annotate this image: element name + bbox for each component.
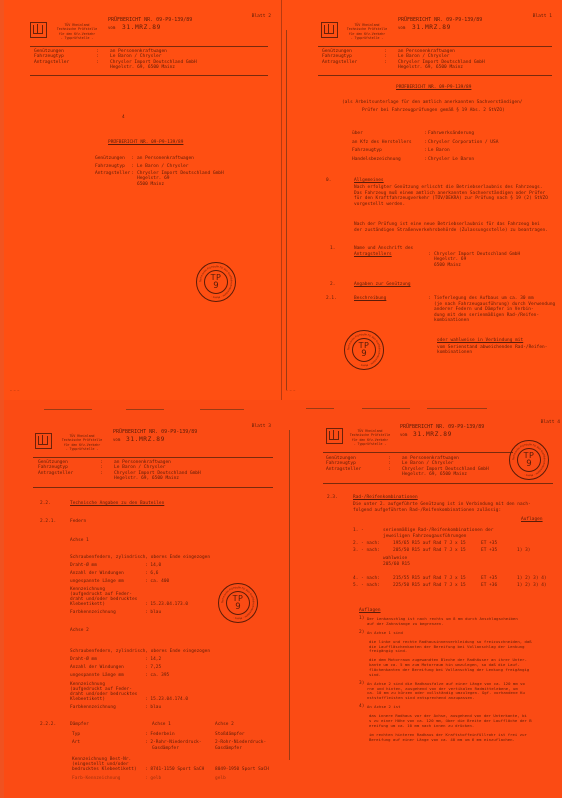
entry-text: 195/65 R15 auf Rad 7 J x 15 [393, 541, 466, 547]
section-title: Rad-/Reifenkombinationen [353, 495, 418, 501]
spec-value: : ca. 400 [145, 579, 169, 585]
date-prefix: vom [113, 437, 120, 443]
axle-label: Achse 1 [70, 538, 89, 544]
spec-value: gelb [215, 776, 226, 782]
condition-line: An Achse 2 ist [367, 704, 401, 710]
org-name: TÜV Rheinland Technische Prüfstelle für … [348, 429, 392, 446]
entry-number: 3. - nach: [353, 548, 380, 554]
entry-offset: ET +35 [481, 548, 497, 554]
alternative-line: kombinationen [437, 350, 472, 356]
condition-line: An Achse 1 sind [367, 630, 403, 636]
section-title: Dämpfer [70, 722, 89, 728]
column-header: Achse 2 [215, 722, 234, 728]
report-title: PRÜFBERICHT NR. 09-P9-139/89 [108, 140, 183, 146]
divider [30, 75, 268, 76]
divider [323, 483, 553, 484]
footer-mark: — — — [10, 388, 19, 394]
spring-description: Schraubenfedern, zylindrisch, oberes End… [70, 649, 210, 655]
condition-number: 4) [359, 704, 364, 710]
report-number: PRÜFBERICHT NR. 09-P9-139/89 [108, 17, 192, 23]
entry-number: 2. - nach: [353, 541, 380, 547]
entry-number: 4. - nach: [353, 576, 380, 582]
spec-key: ungespannte Länge mm [70, 673, 124, 679]
report-meta: Genützungen:an Personenkraftwagen Fahrze… [38, 460, 201, 482]
section-title: Technische Angaben zu den Bauteilen [70, 501, 164, 507]
divider [323, 452, 513, 453]
entry-text: 215/55 R15 auf Rad 7 J x 15 [393, 576, 466, 582]
entry-number: 1. - [353, 528, 364, 534]
spec-value: : 6,6 [145, 571, 158, 577]
applicant-city: 6500 Mainz [434, 263, 461, 269]
date-prefix: vom [398, 25, 405, 31]
spec-key: Farbkennzeichnung [70, 705, 116, 711]
spec-key: Typ [72, 732, 80, 738]
spec-value: : 15.23.04.174.0 [145, 697, 188, 703]
spec-value: : ca. 395 [145, 673, 169, 679]
entry-offset: ET +35 [481, 541, 497, 547]
tuv-logo-icon [30, 22, 47, 38]
entry-text: jeweiligen Fahrzeugausführungen [383, 534, 467, 540]
spec-value: Stoßdämpfer [215, 732, 245, 738]
description-line: kombinationen [434, 318, 469, 324]
document-sheet-blatt-4: Blatt 4 TÜV Rheinland Technische Prüfste… [281, 400, 562, 798]
divider [33, 487, 273, 488]
spec-key: bedrucktes Klebeetikett) [72, 767, 137, 773]
tuv-logo-icon [321, 22, 338, 38]
section-number: 0. [326, 178, 331, 184]
spec-value: : blau [145, 610, 161, 616]
approval-stamp: Technische Prüfstelle für den Kraftfahrz… [218, 583, 258, 623]
condition-number: 2) [359, 630, 364, 636]
report-number: PRÜFBERICHT NR. 09-P9-139/89 [113, 429, 197, 435]
vehicle-info: über:Fahrwerksänderung an Kfz des Herste… [352, 130, 498, 164]
section-number: 1. [330, 246, 335, 252]
entry-text: 225/50 R15 auf Rad 7 J x 15 [393, 583, 466, 589]
entry-conditions: 1) 2) 3) 4) [517, 583, 547, 589]
entry-number: 5. - nach: [353, 583, 380, 589]
margin-line [286, 30, 287, 390]
spec-value: : 14,2 [145, 657, 161, 663]
condition-line: Bereifung auf einer Länge von ca. 40 mm … [369, 737, 515, 743]
condition-line: sind. [369, 672, 381, 678]
spec-value: : 7,25 [145, 665, 161, 671]
report-number: PRÜFBERICHT NR. 09-P9-139/89 [398, 17, 482, 23]
paragraph-line: folgend aufgeführten Rad-/Reifenkombinat… [353, 508, 501, 514]
spec-value: 8049-1950 Sport SaCH [215, 767, 269, 773]
report-date: 31.MRZ.89 [126, 436, 165, 443]
spec-value: Gasdämpfer [152, 746, 179, 752]
section-number: 2.3. [327, 495, 338, 501]
org-name: TÜV Rheinland Technische Prüfstelle für … [55, 23, 99, 40]
document-sheet-blatt-2: Blatt 2 TÜV Rheinland Technische Prüfste… [0, 0, 281, 400]
report-date: 31.MRZ.89 [413, 431, 452, 438]
entry-text: 205/50 R15 auf Rad 7 J x 15 [393, 548, 466, 554]
report-meta: Genützungen:an Personenkraftwagen Fahrze… [34, 49, 197, 71]
report-number: PRÜFBERICHT NR. 09-P9-139/89 [400, 424, 484, 430]
entry-conditions: 1) 2) 3) 4) [517, 576, 547, 582]
spec-value: : 15.23.04.173.0 [145, 602, 188, 608]
spec-key: Art [72, 740, 80, 746]
tuv-logo-icon [326, 428, 343, 444]
page-edge [0, 0, 4, 400]
date-prefix: vom [108, 25, 115, 31]
report-meta: Genützungen:an Personenkraftwagen Fahrze… [326, 456, 489, 478]
spec-key: Farbkennzeichnung [70, 610, 116, 616]
date-prefix: vom [400, 432, 407, 438]
spec-key: Farb-Kennzeichnung [72, 776, 120, 782]
column-header: Achse 1 [152, 722, 171, 728]
spec-value: : gelb [145, 776, 161, 782]
page-marker: 4 [122, 115, 125, 121]
report-date: 31.MRZ.89 [412, 24, 451, 31]
page-number: Blatt 2 [252, 14, 271, 19]
section-title: Angaben zur Genützung [354, 282, 411, 288]
spec-key: Klebeetikett) [70, 697, 105, 703]
subtitle-line: (als Arbeitsunterlage für den amtlich an… [342, 100, 522, 106]
spec-key: Draht-Ø mm [70, 657, 97, 663]
spec-value: : 8741-1150 Sport SaCH [145, 767, 204, 773]
axle-label: Achse 2 [70, 628, 89, 634]
section-number: 2.2.1. [40, 519, 56, 525]
approval-stamp: Technische Prüfstelle für den Kraftfahrz… [344, 330, 384, 370]
condition-line: auf der Zahnstange zu begrenzen. [367, 621, 444, 627]
divider [33, 457, 273, 458]
approval-stamp: Technische Prüfstelle für den Kraftfahrz… [509, 440, 549, 480]
page-number: Blatt 3 [252, 424, 271, 429]
column-header: Auflagen [521, 517, 543, 523]
spec-key: Anzahl der Windungen [70, 665, 124, 671]
spec-key: Draht-Ø mm [70, 563, 97, 569]
condition-line: ereifung um ca. 10 mm nach innen zu drüc… [369, 723, 474, 729]
footer-mark: — — — [286, 388, 295, 394]
subtitle-line: Prüfer bei Fahrzeugprüfungen gemäß § 19 … [362, 108, 505, 114]
document-sheet-blatt-3: Blatt 3 TÜV Rheinland Technische Prüfste… [0, 400, 281, 798]
paragraph-line: vorgestellt werden. [354, 202, 405, 208]
divider [318, 75, 552, 76]
spec-value: Gasdämpfer [215, 746, 242, 752]
condition-line: nststoffleisten sind entsprechend anzupa… [367, 695, 475, 701]
condition-number: 1) [359, 616, 364, 622]
entry-offset: ET +36 [481, 583, 497, 589]
page-number: Blatt 1 [533, 14, 552, 19]
spec-key: Anzahl der Windungen [70, 571, 124, 577]
condition-line: freigängig sind. [369, 648, 407, 654]
page-number: Blatt 4 [541, 420, 560, 425]
document-sheet-blatt-1: Blatt 1 TÜV Rheinland Technische Prüfste… [281, 0, 562, 400]
divider [318, 46, 552, 47]
alternative-title: oder wahlweise in Verbindung mit [437, 338, 523, 344]
section-title: Federn [70, 519, 86, 525]
page-edge [0, 400, 4, 798]
section-number: 2.2. [40, 501, 51, 507]
section-number: 2. [330, 282, 335, 288]
spec-value: : Federbein [145, 732, 175, 738]
report-date: 31.MRZ.89 [122, 24, 161, 31]
spec-key: ungespannte Länge mm [70, 579, 124, 585]
entry-offset: ET +35 [481, 576, 497, 582]
condition-line: flächenkanten der Bereifung bei Vollansc… [369, 667, 529, 673]
divider [30, 46, 268, 47]
report-title: PRÜFBERICHT NR. 09-P9-139/89 [396, 85, 471, 91]
section-title: Antragstellers [354, 252, 392, 258]
spec-value: : blau [145, 705, 161, 711]
section-title: Allgemeines [354, 178, 384, 184]
report-summary: Genützungen:an Personenkraftwagen Fahrze… [95, 155, 224, 187]
entry-conditions: 1) 3) [517, 548, 530, 554]
section-title: Auflagen [359, 608, 381, 614]
section-title: Beschreibung [354, 296, 386, 302]
org-name: TÜV Rheinland Technische Prüfstelle für … [60, 434, 104, 451]
spec-value: : 14,0 [145, 563, 161, 569]
margin-line [289, 430, 290, 760]
spec-key: Klebeetikett) [70, 602, 105, 608]
org-name: TÜV Rheinland Technische Prüfstelle für … [345, 23, 389, 40]
spring-description: Schraubenfedern, zylindrisch, oberes End… [70, 555, 210, 561]
section-number: 2.2.2. [40, 722, 56, 728]
separator: : [428, 252, 431, 258]
entry-text: 205/60 R15 [383, 562, 410, 568]
paragraph-line: der zuständigen Straßenverkehrsbehörde (… [354, 228, 548, 234]
condition-number: 3) [359, 681, 364, 687]
separator: : [428, 296, 431, 302]
section-number: 2.1. [326, 296, 337, 302]
tuv-logo-icon [35, 433, 52, 449]
approval-stamp: Technische Prüfstelle für den Kraftfahrz… [196, 262, 236, 302]
report-meta: Genützungen:an Personenkraftwagen Fahrze… [322, 49, 485, 71]
